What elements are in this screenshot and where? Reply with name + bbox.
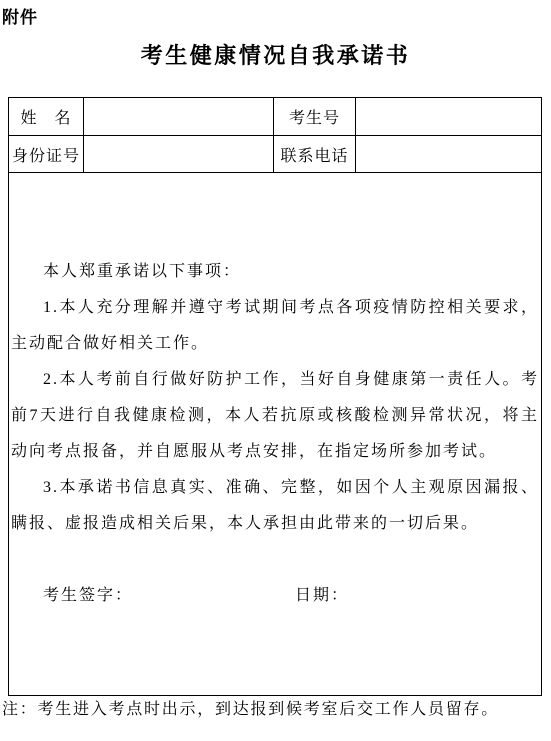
candidate-no-value-cell xyxy=(356,98,542,136)
commitment-cell: 本人郑重承诺以下事项： 1.本人充分理解并遵守考试期间考点各项疫情防控相关要求，… xyxy=(9,173,542,696)
attachment-label: 附件 xyxy=(2,6,38,30)
table-row: 姓 名 考生号 xyxy=(9,98,542,136)
phone-value-cell xyxy=(356,136,542,173)
date-label: 日期： xyxy=(295,587,349,604)
name-value-cell xyxy=(84,98,274,136)
id-number-value-cell xyxy=(84,136,274,173)
page-title: 考生健康情况自我承诺书 xyxy=(0,41,551,71)
candidate-no-label-cell: 考生号 xyxy=(274,98,356,136)
signature-row: 考生签字： 日期： xyxy=(11,578,539,614)
document-page: 附件 考生健康情况自我承诺书 姓 名 考生号 身份证号 联系电话 本人郑重承诺以… xyxy=(0,0,551,741)
candidate-info-table: 姓 名 考生号 身份证号 联系电话 本人郑重承诺以下事项： 1.本人充分理解并遵… xyxy=(8,97,542,696)
table-row: 身份证号 联系电话 xyxy=(9,136,542,173)
table-row: 本人郑重承诺以下事项： 1.本人充分理解并遵守考试期间考点各项疫情防控相关要求，… xyxy=(9,173,542,696)
commitment-item-2: 2.本人考前自行做好防护工作，当好自身健康第一责任人。考前7天进行自我健康检测，… xyxy=(11,362,539,470)
commitment-item-3: 3.本承诺书信息真实、准确、完整，如因个人主观原因漏报、瞒报、虚报造成相关后果，… xyxy=(11,470,539,542)
footer-note: 注：考生进入考点时出示，到达报到候考室后交工作人员留存。 xyxy=(2,697,547,723)
id-number-label-cell: 身份证号 xyxy=(9,136,84,173)
commitment-intro: 本人郑重承诺以下事项： xyxy=(11,254,539,290)
name-label-cell: 姓 名 xyxy=(9,98,84,136)
signature-label: 考生签字： xyxy=(43,587,133,604)
commitment-item-1: 1.本人充分理解并遵守考试期间考点各项疫情防控相关要求，主动配合做好相关工作。 xyxy=(11,290,539,362)
phone-label-cell: 联系电话 xyxy=(274,136,356,173)
